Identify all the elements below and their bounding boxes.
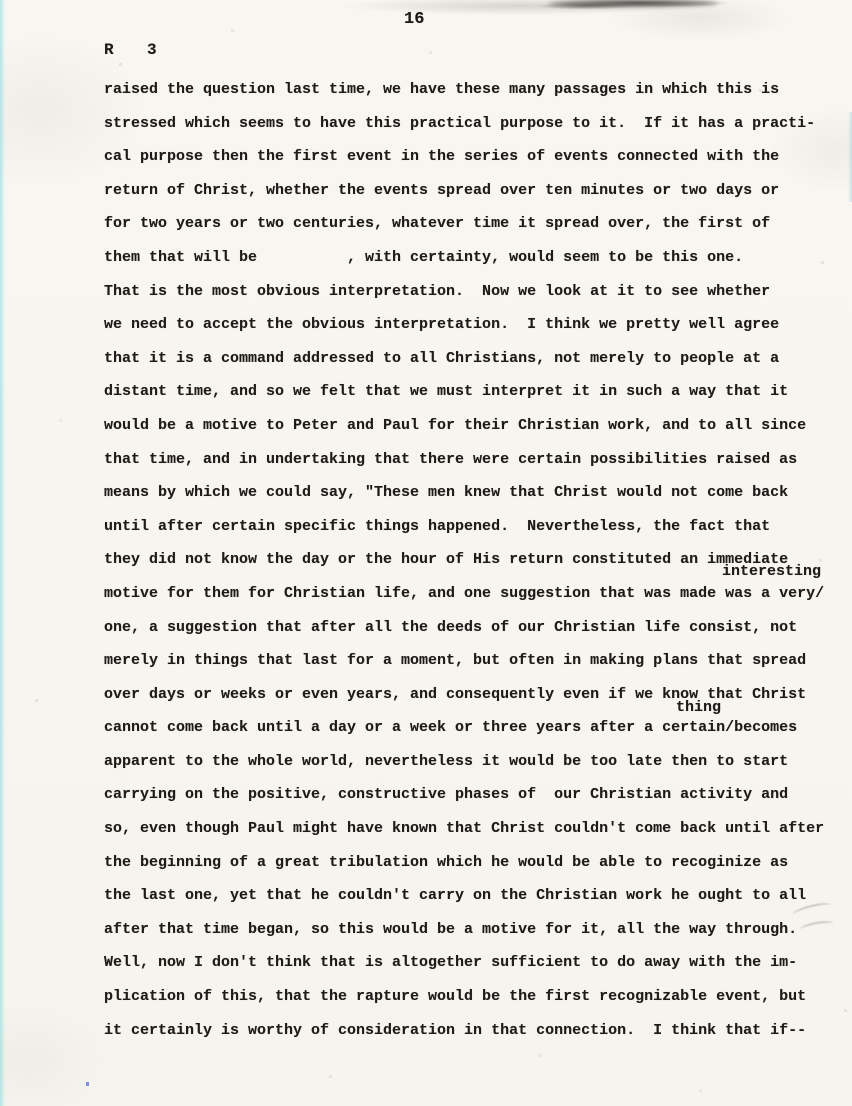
text-line-10: distant time, and so we felt that we mus… [104, 375, 852, 409]
text-line-8: we need to accept the obvious interpreta… [104, 308, 852, 342]
scan-edge-left-tint [0, 0, 5, 1106]
document-page: 16 R 3 raised the question last time, we… [0, 0, 852, 1106]
text-line-12: that time, and in undertaking that there… [104, 443, 852, 477]
scan-speck-blue [86, 1082, 89, 1086]
page-number: 16 [404, 10, 424, 29]
text-line-5: for two years or two centuries, whatever… [104, 207, 852, 241]
inserted-word-2: thing [676, 699, 721, 716]
text-line-29: it certainly is worthy of consideration … [104, 1014, 852, 1048]
text-line-17: one, a suggestion that after all the dee… [104, 611, 852, 645]
text-line-20: cannot come back until a day or a week o… [104, 711, 852, 745]
text-line-2: stressed which seems to have this practi… [104, 107, 852, 141]
text-line-6: them that will be , with certainty, woul… [104, 241, 852, 275]
text-line-7: That is the most obvious interpretation.… [104, 275, 852, 309]
text-line-24: the beginning of a great tribulation whi… [104, 846, 852, 880]
typewritten-text-block: raised the question last time, we have t… [104, 73, 852, 1047]
scan-smudge-top [548, 0, 718, 7]
text-line-13: means by which we could say, "These men … [104, 476, 852, 510]
text-line-23: so, even though Paul might have known th… [104, 812, 852, 846]
text-line-19: over days or weeks or even years, and co… [104, 678, 852, 712]
margin-annotation-r: R [104, 41, 114, 59]
text-line-28: plication of this, that the rapture woul… [104, 980, 852, 1014]
text-line-11: would be a motive to Peter and Paul for … [104, 409, 852, 443]
text-line-4: return of Christ, whether the events spr… [104, 174, 852, 208]
text-line-3: cal purpose then the first event in the … [104, 140, 852, 174]
inserted-word-1: interesting [722, 563, 821, 580]
text-line-9: that it is a command addressed to all Ch… [104, 342, 852, 376]
scan-specks [0, 0, 1, 1]
text-line-14: until after certain specific things happ… [104, 510, 852, 544]
text-line-18: merely in things that last for a moment,… [104, 644, 852, 678]
text-line-26: after that time began, so this would be … [104, 913, 852, 947]
text-line-25: the last one, yet that he couldn't carry… [104, 879, 852, 913]
text-line-22: carrying on the positive, constructive p… [104, 778, 852, 812]
text-line-21: apparent to the whole world, nevertheles… [104, 745, 852, 779]
margin-annotation-3: 3 [147, 41, 157, 59]
text-line-16: motive for them for Christian life, and … [104, 577, 852, 611]
text-line-27: Well, now I don't think that is altogeth… [104, 946, 852, 980]
text-line-1: raised the question last time, we have t… [104, 73, 852, 107]
